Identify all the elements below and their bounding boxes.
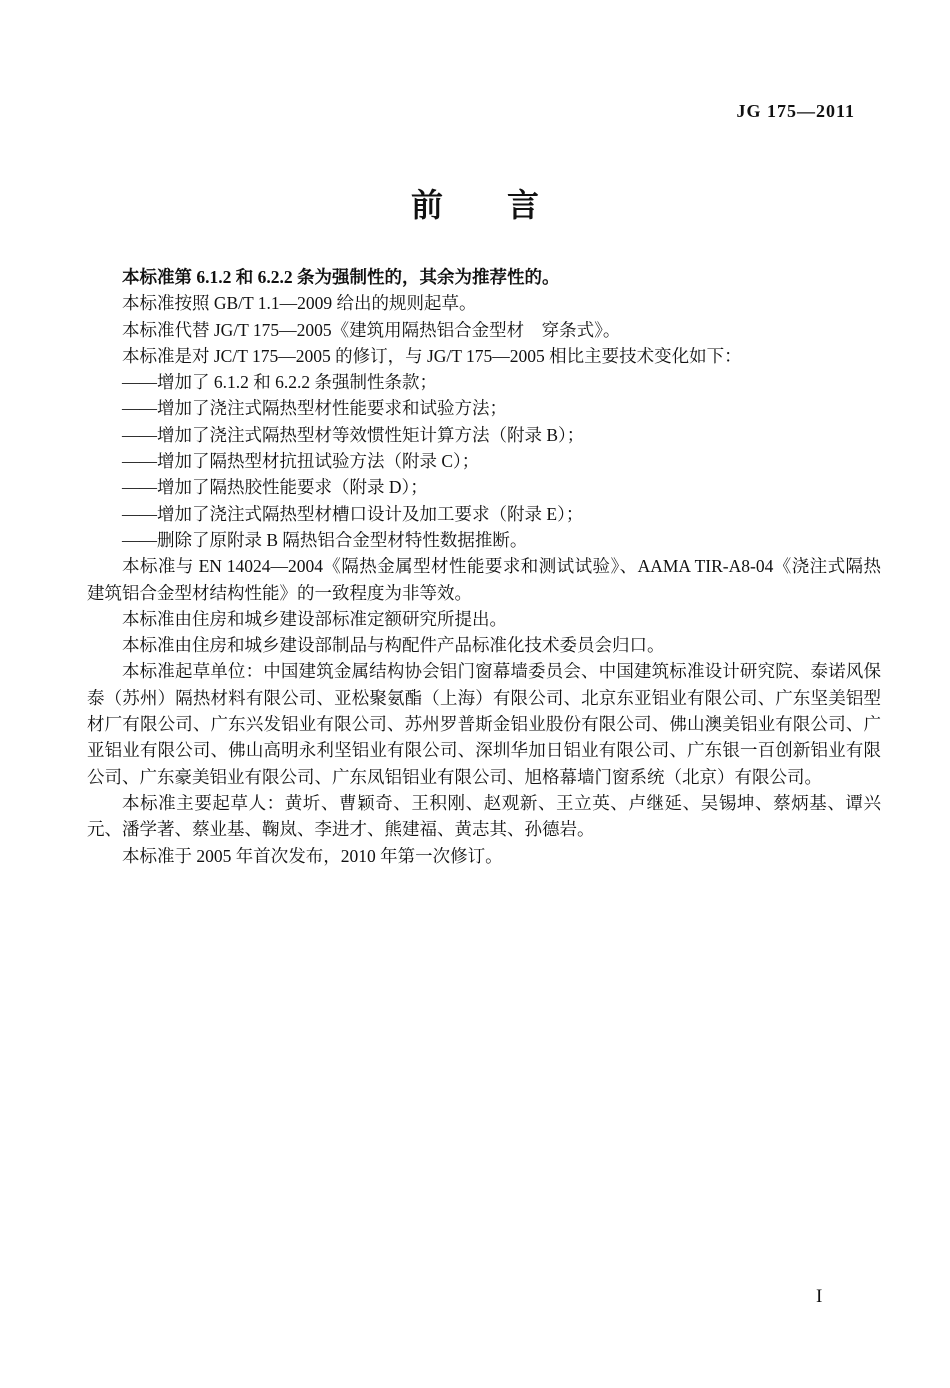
foreword-paragraph: ——增加了浇注式隔热型材槽口设计及加工要求（附录 E）； [87,501,881,527]
foreword-paragraph: 本标准是对 JC/T 175—2005 的修订，与 JG/T 175—2005 … [87,343,881,369]
foreword-paragraph: ——增加了浇注式隔热型材性能要求和试验方法； [87,395,881,421]
page-number: I [816,1286,822,1308]
foreword-paragraph: 本标准与 EN 14024—2004《隔热金属型材性能要求和测试试验》、AAMA… [87,553,881,606]
document-page: JG 175—2011 前 言 本标准第 6.1.2 和 6.2.2 条为强制性… [0,0,950,1388]
page-title: 前 言 [0,180,950,226]
foreword-paragraph: 本标准按照 GB/T 1.1—2009 给出的规则起草。 [87,290,881,316]
foreword-paragraph: ——增加了 6.1.2 和 6.2.2 条强制性条款； [87,369,881,395]
foreword-paragraph: 本标准主要起草人：黄圻、曹颖奇、王积刚、赵观新、王立英、卢继延、吴锡坤、蔡炳基、… [87,790,881,843]
foreword-paragraph: 本标准起草单位：中国建筑金属结构协会铝门窗幕墙委员会、中国建筑标准设计研究院、泰… [87,658,881,789]
foreword-paragraph: ——增加了隔热胶性能要求（附录 D）； [87,474,881,500]
standard-code: JG 175—2011 [736,101,855,122]
foreword-paragraph: 本标准第 6.1.2 和 6.2.2 条为强制性的，其余为推荐性的。 [87,264,881,290]
foreword-paragraph: ——增加了浇注式隔热型材等效惯性矩计算方法（附录 B）； [87,422,881,448]
foreword-paragraph: 本标准代替 JG/T 175—2005《建筑用隔热铝合金型材 穿条式》。 [87,317,881,343]
foreword-body: 本标准第 6.1.2 和 6.2.2 条为强制性的，其余为推荐性的。 本标准按照… [87,264,881,869]
foreword-paragraph: 本标准由住房和城乡建设部标准定额研究所提出。 [87,606,881,632]
foreword-paragraph: 本标准于 2005 年首次发布，2010 年第一次修订。 [87,843,881,869]
foreword-paragraph: 本标准由住房和城乡建设部制品与构配件产品标准化技术委员会归口。 [87,632,881,658]
foreword-paragraph: ——增加了隔热型材抗扭试验方法（附录 C）； [87,448,881,474]
foreword-paragraph: ——删除了原附录 B 隔热铝合金型材特性数据推断。 [87,527,881,553]
